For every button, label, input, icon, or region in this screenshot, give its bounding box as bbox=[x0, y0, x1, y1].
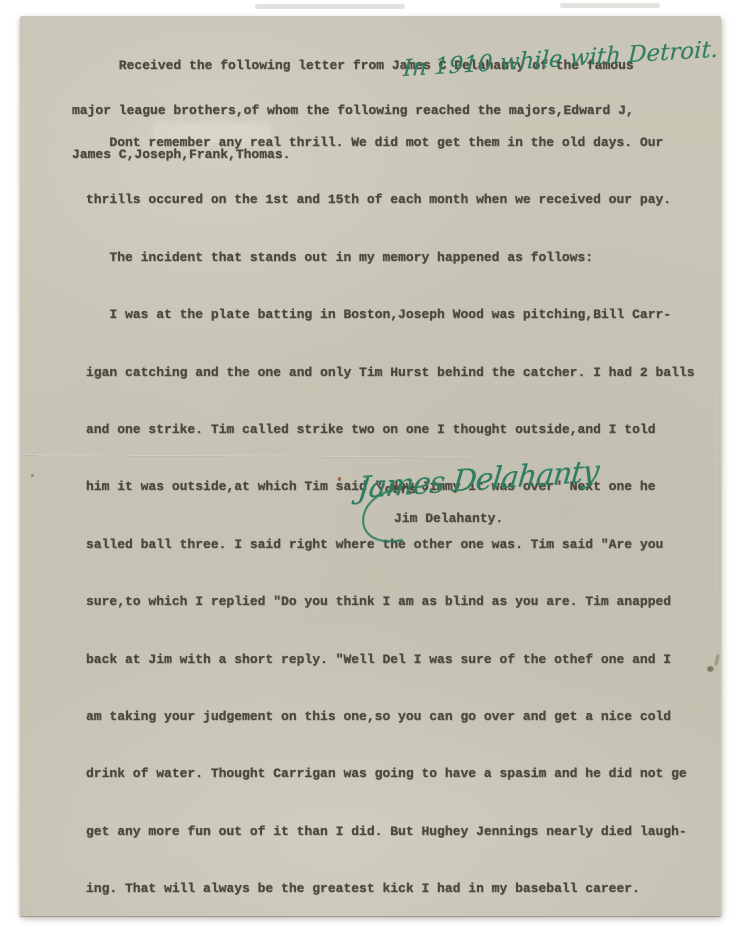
dust-speck bbox=[31, 474, 34, 477]
body-line: igan catching and the one and only Tim H… bbox=[86, 359, 695, 386]
scan-background: Received the following letter from James… bbox=[0, 0, 738, 950]
fold-crease-vertical bbox=[714, 386, 716, 596]
body-line: I was at the plate batting in Boston,Jos… bbox=[86, 301, 695, 328]
scanner-smudge bbox=[255, 4, 405, 9]
body-line: ing. That will always be the greatest ki… bbox=[86, 875, 695, 902]
typed-signature-name: Jim Delahanty. bbox=[394, 511, 503, 527]
body-line: sure,to which I replied "Do you think I … bbox=[86, 588, 695, 615]
body-line: get any more fun out of it than I did. B… bbox=[86, 818, 695, 845]
body-line: and one strike. Tim called strike two on… bbox=[86, 416, 695, 443]
scanner-smudge bbox=[560, 3, 660, 8]
body-line: drink of water. Thought Carrigan was goi… bbox=[86, 760, 695, 787]
body-line: am taking your judgement on this one,so … bbox=[86, 703, 695, 730]
stain-spot bbox=[707, 666, 714, 672]
body-line: thrills occured on the 1st and 15th of e… bbox=[86, 186, 695, 213]
stain-smudge bbox=[714, 654, 720, 667]
body-line: back at Jim with a short reply. "Well De… bbox=[86, 646, 695, 673]
letter-paper: Received the following letter from James… bbox=[20, 16, 721, 916]
red-ink-speck bbox=[338, 477, 341, 481]
body-line: Dont remember any real thrill. We did mo… bbox=[86, 129, 695, 156]
body-line: The incident that stands out in my memor… bbox=[86, 244, 695, 271]
